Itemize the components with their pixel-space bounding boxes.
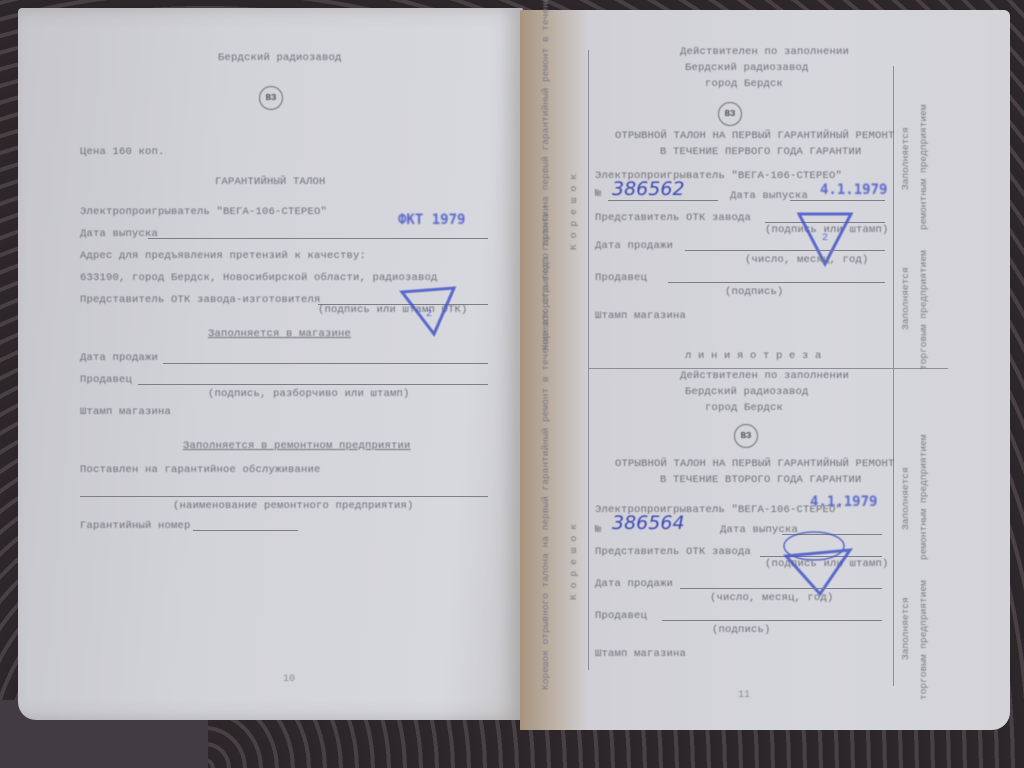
page-number: 11 — [738, 690, 750, 701]
page-title: ГАРАНТИЙНЫЙ ТАЛОН — [215, 176, 326, 188]
seller-field — [662, 620, 882, 621]
svg-text:2: 2 — [822, 233, 828, 244]
warranty-number-label: Гарантийный номер — [80, 520, 191, 532]
cut-line — [588, 368, 948, 369]
stub-marker: Корешок — [568, 430, 579, 600]
city: город Бердск — [705, 78, 783, 90]
seller-caption: (подпись) — [712, 624, 771, 636]
release-date-field — [790, 200, 885, 201]
side-label-repair-enterprise: ремонтным предприятием — [918, 70, 929, 230]
shop-stamp-label: Штамп магазина — [80, 406, 171, 418]
factory-name: Бердский радиозавод — [218, 52, 342, 64]
registered-label: Поставлен на гарантийное обслуживание — [80, 464, 321, 476]
coupon-title-line1: ОТРЫВНОЙ ТАЛОН НА ПЕРВЫЙ ГАРАНТИЙНЫЙ РЕМ… — [615, 130, 895, 142]
release-date-stamp: ФКТ 1979 — [398, 212, 465, 228]
valid-label: Действителен по заполнении — [680, 46, 849, 58]
release-date-stamp: 4.1.1979 — [810, 494, 877, 510]
seller-field — [668, 282, 885, 283]
valid-label: Действителен по заполнении — [680, 370, 849, 382]
sale-date-label: Дата продажи — [595, 578, 673, 590]
claims-address-label: Адрес для предъявления претензий к качес… — [80, 250, 366, 262]
side-label-repair-fills: Заполняется — [900, 450, 911, 530]
side-label-trade-enterprise: торговым предприятием — [918, 540, 929, 700]
repair-enterprise-field — [80, 496, 488, 497]
side-label-trade-fills: Заполняется — [900, 580, 911, 660]
seller-label: Продавец — [80, 374, 132, 386]
sale-date-field — [685, 250, 885, 251]
serial-label: № — [595, 524, 602, 536]
factory-name: Бердский радиозавод — [685, 62, 809, 74]
serial-number-handwritten: 386564 — [612, 512, 685, 534]
factory-name: Бердский радиозавод — [685, 386, 809, 398]
stub-divider — [588, 50, 589, 670]
serial-number-handwritten: 386562 — [612, 178, 685, 200]
otk-triangle-stamp-icon: 2 — [398, 286, 458, 338]
side-divider — [893, 66, 894, 686]
stub-marker: Корешок — [568, 120, 579, 250]
cut-line-label: л и н и я о т р е з а — [685, 350, 822, 362]
shop-stamp-label: Штамп магазина — [595, 310, 686, 322]
factory-emblem-icon: ВЗ — [259, 86, 283, 110]
price: Цена 160 коп. — [80, 146, 165, 158]
repair-caption: (наименование ремонтного предприятия) — [173, 500, 414, 512]
coupon-title-line1: ОТРЫВНОЙ ТАЛОН НА ПЕРВЫЙ ГАРАНТИЙНЫЙ РЕМ… — [615, 458, 895, 470]
release-date-label: Дата выпуска — [80, 228, 158, 240]
repair-section-heading: Заполняется в ремонтном предприятии — [183, 440, 411, 452]
release-date-stamp: 4.1.1979 — [820, 182, 887, 198]
serial-label: № — [595, 188, 602, 200]
factory-emblem-icon: ВЗ — [734, 424, 758, 448]
left-page: Бердский радиозавод ВЗ Цена 160 коп. ГАР… — [18, 8, 523, 720]
seller-label: Продавец — [595, 610, 647, 622]
side-label-repair-enterprise: ремонтным предприятием — [918, 400, 929, 560]
claims-address: 633190, город Бердск, Новосибирской обла… — [80, 272, 438, 284]
release-date-field — [148, 238, 488, 239]
otk-label: Представитель ОТК завода — [595, 546, 751, 558]
seller-caption: (подпись, разборчиво или штамп) — [208, 388, 410, 400]
stub-text: Корешок отрывного талона на первый гаран… — [540, 390, 551, 690]
side-label-trade-enterprise: торговым предприятием — [918, 210, 929, 370]
sale-date-field — [163, 363, 488, 364]
right-page: л и н и я о т р е з а Действителен по за… — [520, 10, 1010, 730]
sale-date-field — [680, 588, 882, 589]
seller-field — [138, 384, 488, 385]
coupon-title-line2: В ТЕЧЕНИЕ ПЕРВОГО ГОДА ГАРАНТИИ — [660, 146, 862, 158]
side-label-repair-fills: Заполняется — [900, 110, 911, 190]
seller-caption: (подпись) — [725, 286, 784, 298]
sale-date-caption: (число, месяц, год) — [745, 254, 869, 266]
sale-date-label: Дата продажи — [80, 352, 158, 364]
seller-label: Продавец — [595, 272, 647, 284]
shop-section-heading: Заполняется в магазине — [208, 328, 351, 340]
shop-stamp-label: Штамп магазина — [595, 648, 686, 660]
warranty-number-field — [193, 530, 298, 531]
factory-emblem-icon: ВЗ — [718, 102, 742, 126]
sale-date-caption: (число, месяц, год) — [710, 592, 834, 604]
product-name: Электропроигрыватель "ВЕГА-106-СТЕРЕО" — [80, 206, 327, 218]
coupon-title-line2: В ТЕЧЕНИЕ ВТОРОГО ГОДА ГАРАНТИИ — [660, 474, 862, 486]
serial-field — [608, 200, 718, 201]
side-label-trade-fills: Заполняется — [900, 250, 911, 330]
otk-label: Представитель ОТК завода-изготовителя — [80, 294, 321, 306]
sale-date-label: Дата продажи — [595, 240, 673, 252]
svg-text:2: 2 — [426, 309, 432, 320]
otk-label: Представитель ОТК завода — [595, 212, 751, 224]
page-number: 10 — [283, 674, 295, 685]
city: город Бердск — [705, 402, 783, 414]
